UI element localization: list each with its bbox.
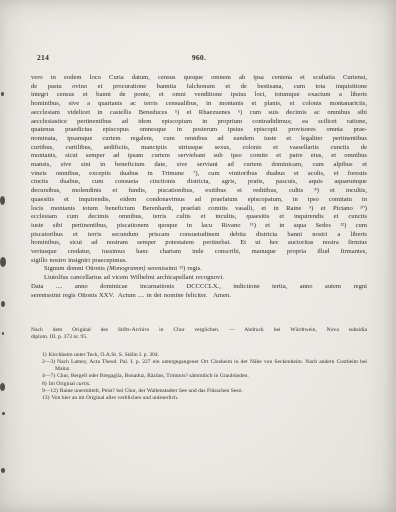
footnote-label: 13) [42,395,49,401]
scan-artifact [2,412,5,415]
scan-artifact [1,301,5,307]
footnote-label: 4—7) [42,373,55,379]
charter-line: quaesitis et inquirendis, eidem condonav… [31,196,367,205]
scan-artifact [0,383,5,391]
footnote-text: Kirchheim unter Teck, O.A.St. S. Stälin … [49,352,159,358]
source-note-line: diplom. III. p. 373 nr. 95. [31,334,367,341]
datum-line: serenissimi regis Ottonis XXV. Actum ...… [31,292,367,301]
charter-line: veriusque credatur, iussimus hanc charta… [31,248,367,257]
scan-artifact [0,196,5,205]
charter-text: vero in eodem loco Curia datum, census q… [31,74,367,265]
charter-line: aecclesiastice pertinentibus ad idem epi… [31,118,367,127]
text-block: 214 960. vero in eodem loco Curia datum,… [31,0,367,402]
signum-text: Signum domni Ottonis [44,265,107,272]
footnote-label: 1) [42,352,47,358]
footnote-text: Chur, Bergell oder Bregaglia, Bonaduz, R… [57,373,249,379]
footnote-italic: curtis. [76,381,90,387]
datum-line: Data .... anno dominicae incarnationis D… [31,283,367,292]
charter-line: sigillo nostro insigniri praecepimus. [31,257,367,266]
footnote: 1)Kirchheim unter Teck, O.A.St. S. Stäli… [31,352,367,359]
footnote: 8)Im Original curtis. [31,381,367,388]
footnote-label: 8) [42,381,47,387]
footnote: 9—12)Raine unermittelt, Peist? bei Chur,… [31,388,367,395]
charter-line: iuste sibi pertinentibus, piscationem qu… [31,222,367,231]
footnote: 2—3)Nach Lamey, Acta Theod. Pal. I. p. 2… [31,359,367,373]
page-header: 214 960. [31,0,367,63]
charter-line: nominata, ipsamque curtem regalem, cum o… [31,135,367,144]
footnote-label: 9—12) [42,388,58,394]
footnote: 4—7)Chur, Bergell oder Bregaglia, Bonadu… [31,373,367,380]
charter-line: cinctis duabus, cum consueta cinctionis … [31,178,367,187]
charter-line: hominibus, sicut ad nostram semper potes… [31,239,367,248]
charter-line: aecclesiam videlicet in castellis Benedu… [31,109,367,118]
charter-line: locis montanis totum beneficium Berenhar… [31,205,367,214]
recognition-line: Liutolfus cancellarius ad vicem Wilhelmi… [31,274,367,283]
footnote-label: 2—3) [42,359,55,365]
footnote-text: Nach Lamey, Acta Theod. Pal. I. p. 227 e… [55,359,367,372]
charter-line: de pastu ovino et procuratione bannita f… [31,83,367,92]
charter-line: montanis, sicut semper ad ipsam curtem s… [31,152,367,161]
source-note: Nach dem Original des Stifts-Archivs in … [31,327,367,341]
charter-line: hominibus, sive a quartanis ac terris ce… [31,100,367,109]
charter-line: decursibus, molendinis et fundis, piscat… [31,187,367,196]
charter-line: ecclesiam cum decimis omnibus, terris cu… [31,213,367,222]
scan-artifact [0,257,6,267]
signum-text-after: serenissimi ¹³) regis. [145,265,201,272]
footnote-text: Im Original [49,381,77,387]
charter-line: quatenus praedictus episcopus omnesque i… [31,126,367,135]
charter-line: piscatoribus et terris secundum priscam … [31,231,367,240]
signum-line: Signum domni Ottonis (Monogramm) serenis… [31,265,367,274]
charter-line: mansis, sive sint in beneficium date, si… [31,161,367,170]
charter-line: vineis omnibus, exceptis duabus in Trimu… [31,170,367,179]
monogram-note: (Monogramm) [107,265,145,272]
footnote: 13)Von hier an im Original alles verblic… [31,395,367,402]
footnotes: 1)Kirchheim unter Teck, O.A.St. S. Stäli… [31,352,367,402]
document-number: 960. [31,53,367,62]
scan-artifact [1,468,5,473]
scan-artifact [1,92,4,96]
charter-line: vero in eodem loco Curia datum, census q… [31,74,367,83]
charter-line: curtibus, curtilibus, aedificiis, mancip… [31,144,367,153]
footnote-text: Raine unermittelt, Peist? bei Chur, der … [60,388,243,394]
scan-artifact [2,332,4,335]
scanned-page: 214 960. vero in eodem loco Curia datum,… [0,0,396,512]
footnote-text: Von hier an im Original alles verblichen… [51,395,178,401]
source-note-line: Nach dem Original des Stifts-Archivs in … [31,327,367,334]
charter-line: integri census et banni de ponte, et omn… [31,91,367,100]
